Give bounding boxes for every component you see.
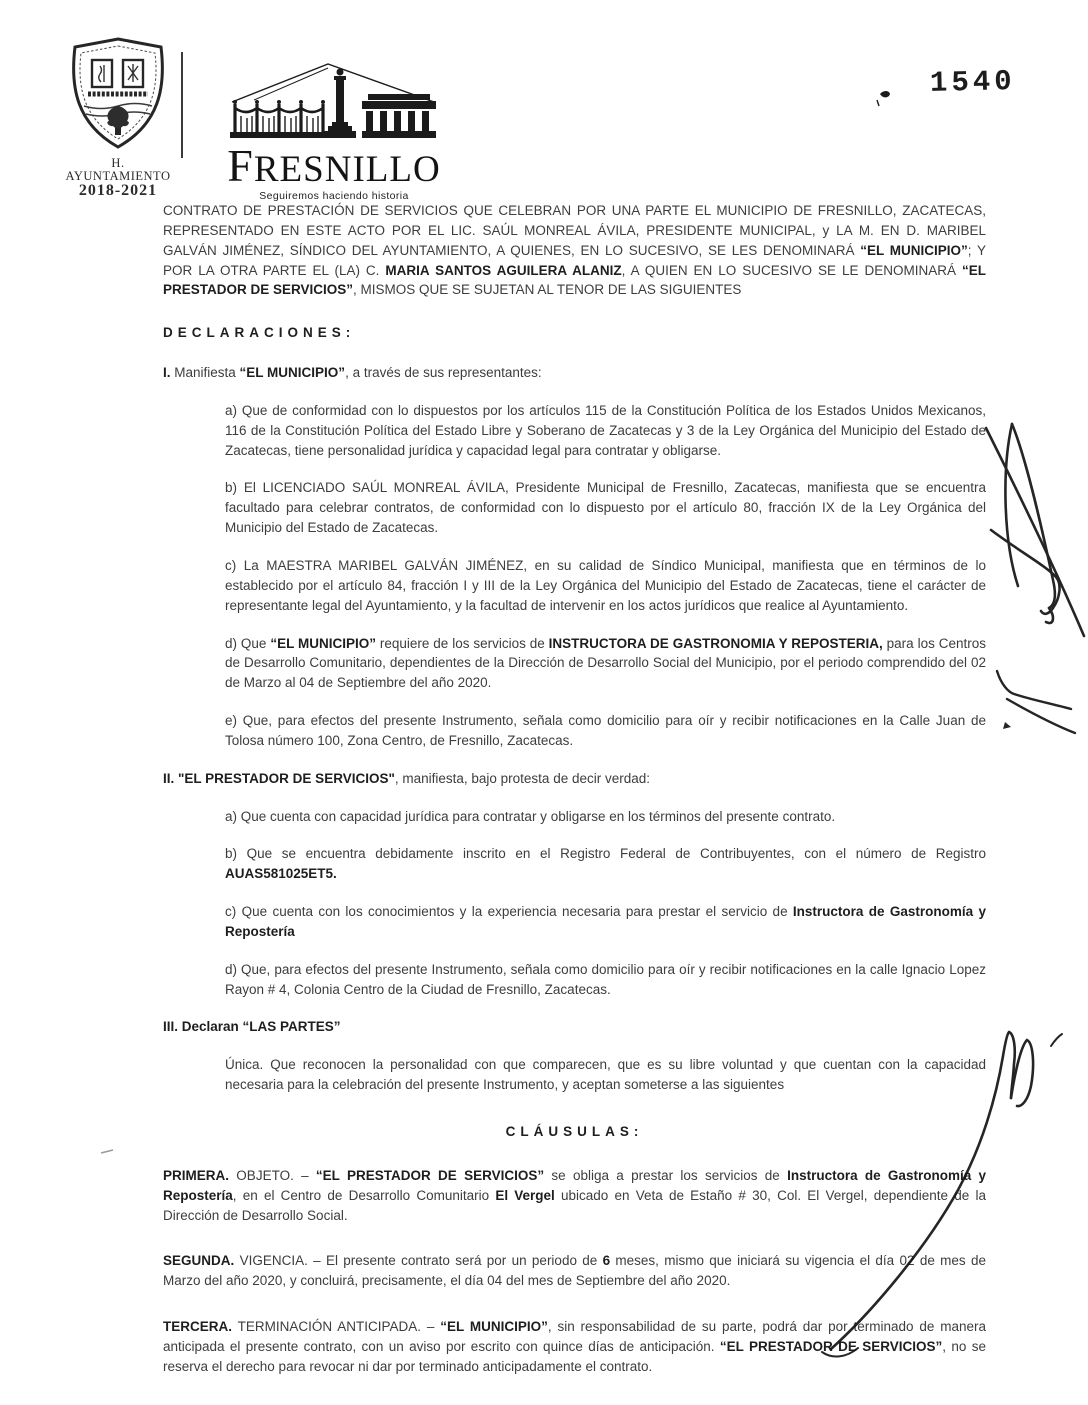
clause-primera: PRIMERA. OBJETO. – “EL PRESTADOR DE SERV… xyxy=(163,1166,986,1226)
municipal-crest-block: H. AYUNTAMIENTO 2018-2021 xyxy=(58,36,178,200)
clause-segunda: SEGUNDA. VIGENCIA. – El presente contrat… xyxy=(163,1251,986,1291)
declaration-I-heading: I. Manifiesta “EL MUNICIPIO”, a través d… xyxy=(163,363,986,383)
declaration-I-d: d) Que “EL MUNICIPIO” requiere de los se… xyxy=(225,634,986,694)
fresnillo-logo-block: Fresnillo Seguiremos haciendo historia xyxy=(222,56,446,202)
crest-caption-line2: 2018-2021 xyxy=(58,183,178,200)
intro-paragraph: CONTRATO DE PRESTACIÓN DE SERVICIOS QUE … xyxy=(163,201,986,300)
declaration-II-b: b) Que se encuentra debidamente inscrito… xyxy=(225,844,986,884)
section-heading-declaraciones: DECLARACIONES: xyxy=(163,323,986,343)
page-number-stamp: 1540 xyxy=(930,65,1016,100)
declaration-III-heading: III. Declaran “LAS PARTES” xyxy=(163,1017,986,1037)
section-heading-clausulas: CLÁUSULAS: xyxy=(163,1122,986,1142)
municipal-crest-icon xyxy=(64,36,172,150)
ink-dot xyxy=(877,91,890,106)
declaration-II-c: c) Que cuenta con los conocimientos y la… xyxy=(225,902,986,942)
declaration-III-unica: Única. Que reconocen la personalidad con… xyxy=(225,1055,986,1095)
logo-title: Fresnillo xyxy=(222,143,446,189)
clause-tercera: TERCERA. TERMINACIÓN ANTICIPADA. – “EL M… xyxy=(163,1317,986,1377)
margin-check-scribble xyxy=(997,671,1075,733)
declaration-I-b: b) El LICENCIADO SAÚL MONREAL ÁVILA, Pre… xyxy=(225,478,986,538)
margin-signature-scribble xyxy=(986,424,1084,636)
crest-caption-line1: H. AYUNTAMIENTO xyxy=(58,157,178,183)
declaration-I-a: a) Que de conformidad con lo dispuestos … xyxy=(225,401,986,461)
pencil-dash xyxy=(101,1150,113,1153)
declaration-II-a: a) Que cuenta con capacidad jurídica par… xyxy=(225,807,986,827)
document-body: CONTRATO DE PRESTACIÓN DE SERVICIOS QUE … xyxy=(163,201,986,1403)
header-divider xyxy=(181,52,183,158)
fresnillo-monument-logo-icon xyxy=(228,56,440,142)
declaration-II-heading: II. "EL PRESTADOR DE SERVICIOS", manifie… xyxy=(163,769,986,789)
declaration-II-d: d) Que, para efectos del presente Instru… xyxy=(225,960,986,1000)
scanned-contract-page: H. AYUNTAMIENTO 2018-2021 xyxy=(0,0,1088,1405)
declaration-I-c: c) La MAESTRA MARIBEL GALVÁN JIMÉNEZ, en… xyxy=(225,556,986,616)
declaration-I-e: e) Que, para efectos del presente Instru… xyxy=(225,711,986,751)
